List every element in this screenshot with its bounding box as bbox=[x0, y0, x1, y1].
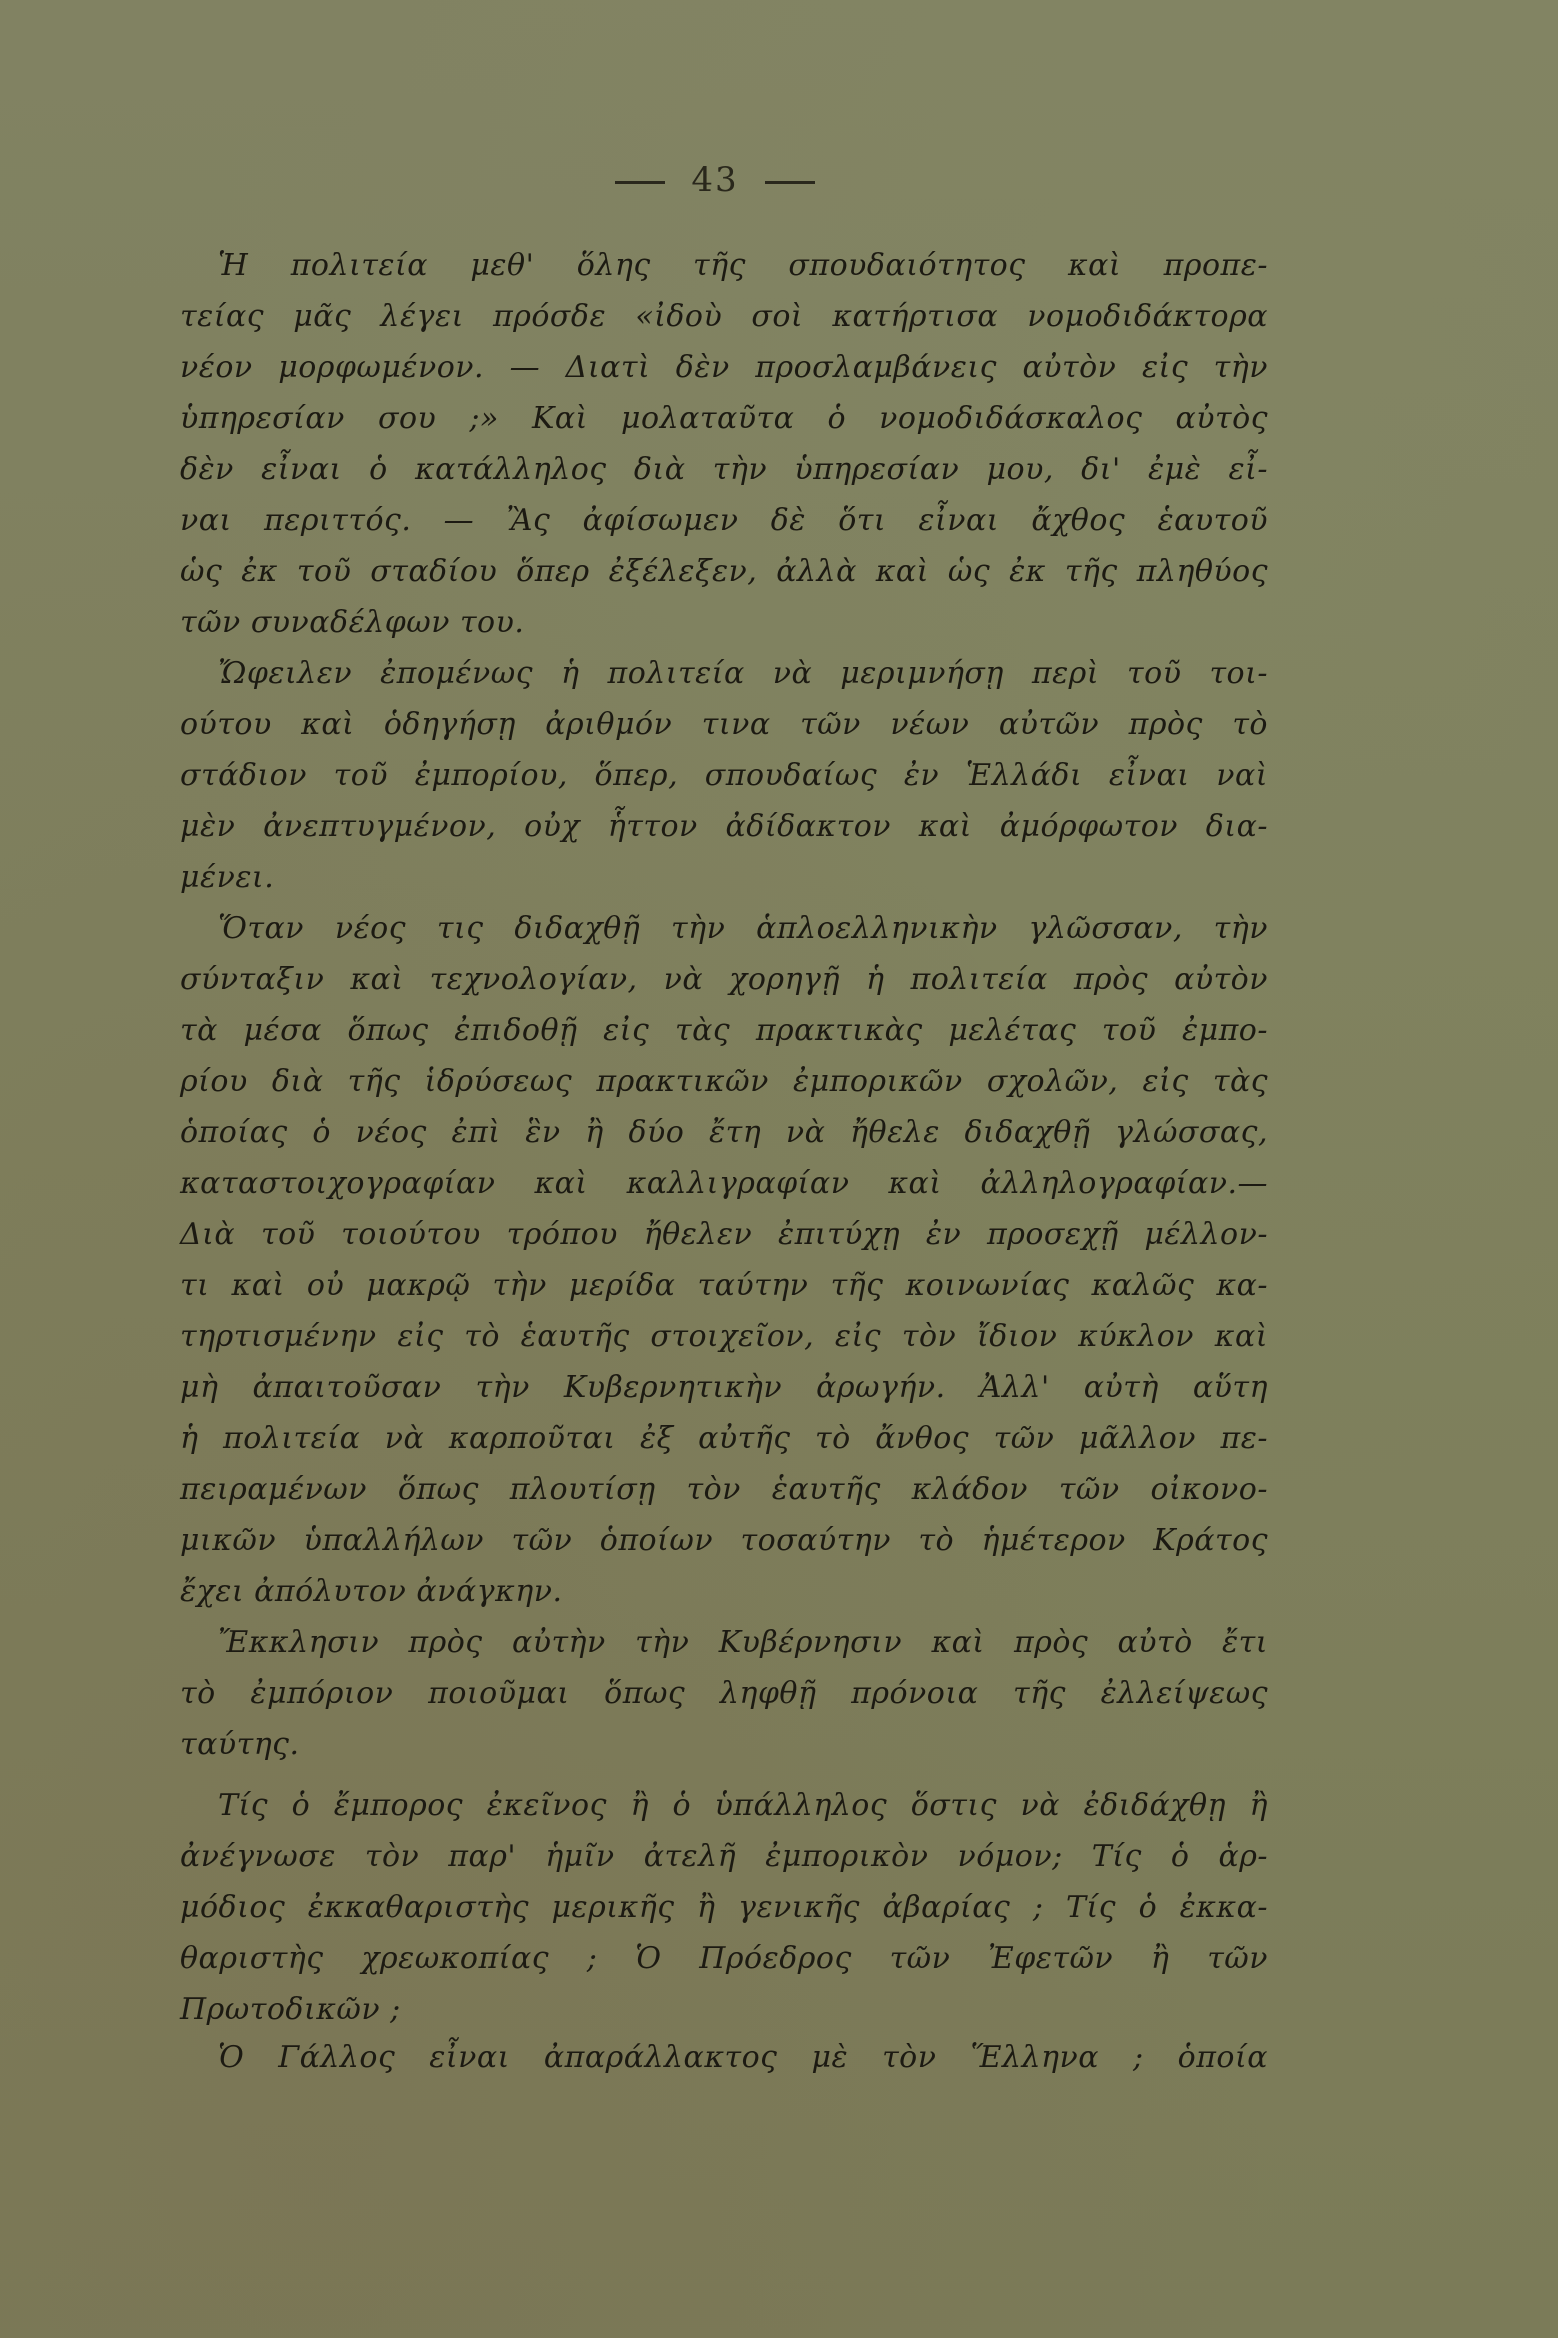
text-line: τείας μᾶς λέγει πρόσδε «ἰδοὺ σοὶ κατήρτι… bbox=[180, 297, 1268, 337]
text-line: ἔχει ἀπόλυτον ἀνάγκην. bbox=[180, 1572, 1268, 1612]
text-line: νέον μορφωμένον. — Διατὶ δὲν προσλαμβάνε… bbox=[180, 348, 1268, 388]
text-line: ὑπηρεσίαν σου ;» Καὶ μολαταῦτα ὁ νομοδιδ… bbox=[180, 399, 1268, 439]
text-line: τὸ ἐμπόριον ποιοῦμαι ὅπως ληφθῇ πρόνοια … bbox=[180, 1674, 1268, 1714]
text-line: Πρωτοδικῶν ; bbox=[180, 1990, 1268, 2030]
text-line: Ὁ Γάλλος εἶναι ἀπαράλλακτος μὲ τὸν Ἕλλην… bbox=[218, 2038, 1268, 2078]
text-line: τι καὶ οὐ μακρῷ τὴν μερίδα ταύτην τῆς κο… bbox=[180, 1266, 1268, 1306]
text-line: Τίς ὁ ἔμπορος ἐκεῖνος ἢ ὁ ὑπάλληλος ὅστι… bbox=[218, 1786, 1268, 1826]
left-dash bbox=[615, 181, 665, 184]
text-line: ούτου καὶ ὁδηγήσῃ ἀριθμόν τινα τῶν νέων … bbox=[180, 705, 1268, 745]
text-line: ἡ πολιτεία νὰ καρποῦται ἐξ αὐτῆς τὸ ἄνθο… bbox=[180, 1419, 1268, 1459]
text-line: καταστοιχογραφίαν καὶ καλλιγραφίαν καὶ ἀ… bbox=[180, 1164, 1268, 1204]
text-line: Ὅταν νέος τις διδαχθῇ τὴν ἁπλοελληνικὴν … bbox=[218, 909, 1268, 949]
page-number: 43 bbox=[0, 160, 1430, 200]
text-line: Ὤφειλεν ἐπομένως ἡ πολιτεία νὰ μεριμνήσῃ… bbox=[218, 654, 1268, 694]
text-line: πειραμένων ὅπως πλουτίσῃ τὸν ἑαυτῆς κλάδ… bbox=[180, 1470, 1268, 1510]
text-line: μένει. bbox=[180, 858, 1268, 898]
text-line: τηρτισμένην εἰς τὸ ἑαυτῆς στοιχεῖον, εἰς… bbox=[180, 1317, 1268, 1357]
text-line: τῶν συναδέλφων του. bbox=[180, 603, 1268, 643]
right-dash bbox=[765, 181, 815, 184]
text-line: δὲν εἶναι ὁ κατάλληλος διὰ τὴν ὑπηρεσίαν… bbox=[180, 450, 1268, 490]
text-line: μὴ ἀπαιτοῦσαν τὴν Κυβερνητικὴν ἀρωγήν. Ἀ… bbox=[180, 1368, 1268, 1408]
text-line: ὁποίας ὁ νέος ἐπὶ ἓν ἢ δύο ἔτη νὰ ἤθελε … bbox=[180, 1113, 1268, 1153]
text-line: μόδιος ἐκκαθαριστὴς μερικῆς ἢ γενικῆς ἀβ… bbox=[180, 1888, 1268, 1928]
text-line: σύνταξιν καὶ τεχνολογίαν, νὰ χορηγῇ ἡ πο… bbox=[180, 960, 1268, 1000]
page-number-text: 43 bbox=[691, 160, 738, 200]
text-line: ταύτης. bbox=[180, 1725, 1268, 1765]
text-line: τὰ μέσα ὅπως ἐπιδοθῇ εἰς τὰς πρακτικὰς μ… bbox=[180, 1011, 1268, 1051]
text-line: ρίου διὰ τῆς ἱδρύσεως πρακτικῶν ἐμπορικῶ… bbox=[180, 1062, 1268, 1102]
text-line: Διὰ τοῦ τοιούτου τρόπου ἤθελεν ἐπιτύχῃ ἐ… bbox=[180, 1215, 1268, 1255]
text-line: Ἡ πολιτεία μεθ' ὅλης τῆς σπουδαιότητος κ… bbox=[218, 246, 1268, 286]
text-line: ὡς ἐκ τοῦ σταδίου ὅπερ ἐξέλεξεν, ἀλλὰ κα… bbox=[180, 552, 1268, 592]
text-line: ναι περιττός. — Ἂς ἀφίσωμεν δὲ ὅτι εἶναι… bbox=[180, 501, 1268, 541]
text-line: ἀνέγνωσε τὸν παρ' ἡμῖν ἀτελῆ ἐμπορικὸν ν… bbox=[180, 1837, 1268, 1877]
text-line: μὲν ἀνεπτυγμένον, οὐχ ἧττον ἀδίδακτον κα… bbox=[180, 807, 1268, 847]
text-line: στάδιον τοῦ ἐμπορίου, ὅπερ, σπουδαίως ἐν… bbox=[180, 756, 1268, 796]
text-line: Ἔκκλησιν πρὸς αὐτὴν τὴν Κυβέρνησιν καὶ π… bbox=[218, 1623, 1268, 1663]
text-line: θαριστὴς χρεωκοπίας ; Ὁ Πρόεδρος τῶν Ἐφε… bbox=[180, 1939, 1268, 1979]
text-line: μικῶν ὑπαλλήλων τῶν ὁποίων τοσαύτην τὸ ἡ… bbox=[180, 1521, 1268, 1561]
